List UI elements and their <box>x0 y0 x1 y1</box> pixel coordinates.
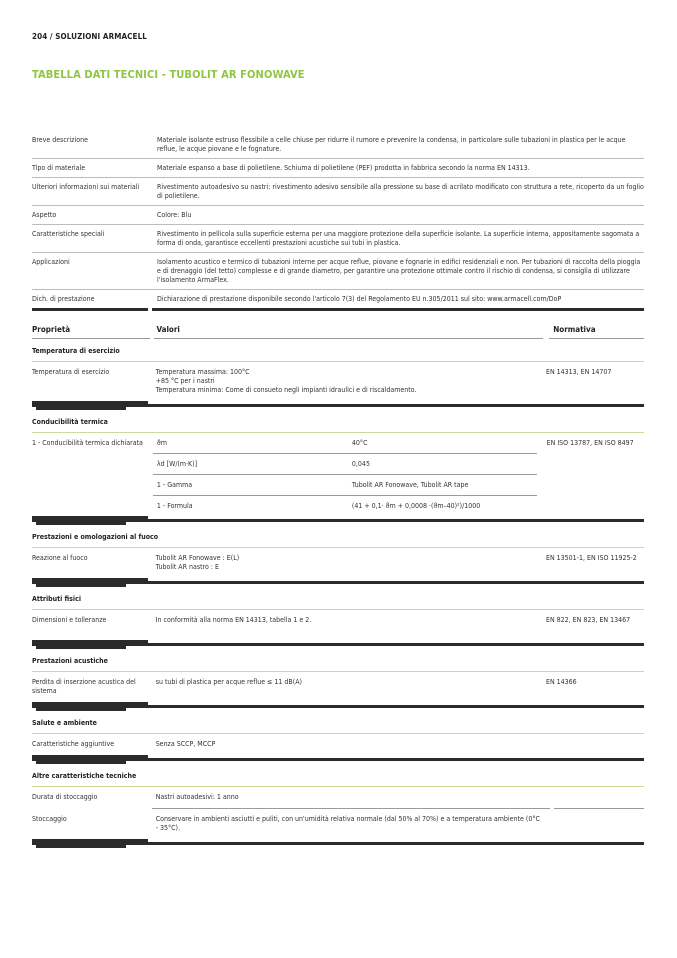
description-label: Dich. di prestazione <box>32 290 150 308</box>
row-divider <box>32 839 644 848</box>
sub-row: ϑm40°C <box>153 433 537 454</box>
value-line: Tubolit AR Fonowave : E(L) <box>156 554 542 563</box>
row-divider <box>32 640 644 649</box>
property-values: Tubolit AR Fonowave : E(L)Tubolit AR nas… <box>154 554 542 578</box>
description-row: AspettoColore: Blu <box>32 206 644 225</box>
property-values: In conformità alla norma EN 14313, tabel… <box>154 616 542 640</box>
property-name: 1 - Conducibilità termica dichiarata <box>32 433 153 516</box>
description-label: Tipo di materiale <box>32 159 150 177</box>
page-title: TABELLA DATI TECNICI - TUBOLIT AR FONOWA… <box>32 68 305 81</box>
sub-row: 1 - Formula(41 + 0,1· ϑm + 0,0008 ·(ϑm–4… <box>153 496 537 516</box>
description-value: Rivestimento autoadesivo su nastri: rive… <box>150 178 644 205</box>
description-row: Caratteristiche specialiRivestimento in … <box>32 225 644 253</box>
value-line: Conservare in ambienti asciutti e puliti… <box>156 815 542 833</box>
property-values: Conservare in ambienti asciutti e puliti… <box>154 815 542 839</box>
description-value: Rivestimento in pellicola sulla superfic… <box>150 225 644 252</box>
property-name: Dimensioni e tolleranze <box>32 616 154 640</box>
description-row: ApplicazioniIsolamento acustico e termic… <box>32 253 644 290</box>
description-value: Materiale isolante estruso flessibile a … <box>150 131 644 158</box>
property-norm: EN 14313, EN 14707 <box>542 368 644 401</box>
description-row: Dich. di prestazioneDichiarazione di pre… <box>32 290 644 308</box>
property-values: Temperatura massima: 100°C+85 °C per i n… <box>154 368 542 401</box>
header-norm: Normativa <box>549 325 644 339</box>
description-row: Tipo di materialeMateriale espanso a bas… <box>32 159 644 178</box>
value-line: In conformità alla norma EN 14313, tabel… <box>156 616 542 625</box>
value-line: Temperatura minima: Come di consueto neg… <box>156 386 542 395</box>
property-name: Perdita di inserzione acustica del siste… <box>32 678 154 702</box>
property-norm <box>542 815 644 839</box>
section-title: Prestazioni acustiche <box>32 649 644 672</box>
section-title: Salute e ambiente <box>32 711 644 734</box>
sub-key: λd [W/(m·K)] <box>157 460 352 469</box>
property-norm <box>542 740 644 755</box>
header-property: Proprietà <box>32 325 150 339</box>
property-name: Temperatura di esercizio <box>32 368 154 401</box>
row-divider <box>32 516 644 525</box>
description-label: Aspetto <box>32 206 150 224</box>
sub-key: 1 - Formula <box>157 502 352 511</box>
description-row: Breve descrizioneMateriale isolante estr… <box>32 131 644 159</box>
description-value: Dichiarazione di prestazione disponibile… <box>150 290 644 308</box>
section-title: Altre caratteristiche tecniche <box>32 764 644 787</box>
description-label: Ulteriori informazioni sui materiali <box>32 178 150 205</box>
description-label: Caratteristiche speciali <box>32 225 150 252</box>
property-name: Caratteristiche aggiuntive <box>32 740 154 755</box>
property-norm: EN 822, EN 823, EN 13467 <box>542 616 644 640</box>
description-value: Isolamento acustico e termico di tubazio… <box>150 253 644 289</box>
property-row: Perdita di inserzione acustica del siste… <box>32 672 644 702</box>
property-row: Durata di stoccaggioNastri autoadesivi: … <box>32 787 644 808</box>
description-label: Breve descrizione <box>32 131 150 158</box>
property-row: Caratteristiche aggiuntiveSenza SCCP, MC… <box>32 734 644 755</box>
property-name: Reazione al fuoco <box>32 554 154 578</box>
property-norm: EN ISO 13787, EN ISO 8497 <box>543 433 644 516</box>
sub-value: 0,045 <box>352 460 537 469</box>
value-line: Nastri autoadesivi: 1 anno <box>156 793 542 802</box>
header-values: Valori <box>154 325 543 339</box>
section-title: Attributi fisici <box>32 587 644 610</box>
property-norm: EN 14366 <box>542 678 644 702</box>
sub-value: (41 + 0,1· ϑm + 0,0008 ·(ϑm–40)²)/1000 <box>352 502 537 511</box>
page-label: 204 / SOLUZIONI ARMACELL <box>32 32 147 41</box>
value-line: +85 °C per i nastri <box>156 377 542 386</box>
property-row: Temperatura di esercizioTemperatura mass… <box>32 362 644 401</box>
row-divider <box>32 755 644 764</box>
sub-row: λd [W/(m·K)]0,045 <box>153 454 537 475</box>
property-values: Senza SCCP, MCCP <box>154 740 542 755</box>
property-values: su tubi di plastica per acque reflue ≤ 1… <box>154 678 542 702</box>
property-row: 1 - Conducibilità termica dichiarataϑm40… <box>32 433 644 516</box>
sub-key: 1 - Gamma <box>157 481 352 490</box>
description-label: Applicazioni <box>32 253 150 289</box>
property-row: StoccaggioConservare in ambienti asciutt… <box>32 809 644 839</box>
table-divider <box>32 308 644 311</box>
row-divider <box>32 401 644 410</box>
section-title: Temperatura di esercizio <box>32 339 644 362</box>
description-row: Ulteriori informazioni sui materialiRive… <box>32 178 644 206</box>
property-row: Reazione al fuocoTubolit AR Fonowave : E… <box>32 548 644 578</box>
property-values: ϑm40°Cλd [W/(m·K)]0,0451 - GammaTubolit … <box>153 433 537 516</box>
property-row: Dimensioni e tolleranzeIn conformità all… <box>32 610 644 640</box>
section-title: Prestazioni e omologazioni al fuoco <box>32 525 644 548</box>
properties-header: Proprietà Valori Normativa <box>32 325 644 339</box>
value-line: Temperatura massima: 100°C <box>156 368 542 377</box>
description-value: Colore: Blu <box>150 206 644 224</box>
property-name: Stoccaggio <box>32 815 154 839</box>
property-name: Durata di stoccaggio <box>32 793 154 808</box>
value-line: Senza SCCP, MCCP <box>156 740 542 749</box>
sub-value: 40°C <box>352 439 537 448</box>
description-value: Materiale espanso a base di polietilene.… <box>150 159 644 177</box>
properties-table: Proprietà Valori Normativa Temperatura d… <box>32 325 644 848</box>
sub-value: Tubolit AR Fonowave, Tubolit AR tape <box>352 481 537 490</box>
value-line: Tubolit AR nastro : E <box>156 563 542 572</box>
property-values: Nastri autoadesivi: 1 anno <box>154 793 542 808</box>
section-title: Conducibilità termica <box>32 410 644 433</box>
sub-row: 1 - GammaTubolit AR Fonowave, Tubolit AR… <box>153 475 537 496</box>
property-norm: EN 13501-1, EN ISO 11925-2 <box>542 554 644 578</box>
description-table: Breve descrizioneMateriale isolante estr… <box>32 131 644 311</box>
row-divider <box>32 702 644 711</box>
property-norm <box>542 793 644 808</box>
row-divider <box>32 578 644 587</box>
sub-key: ϑm <box>157 439 352 448</box>
value-line: su tubi di plastica per acque reflue ≤ 1… <box>156 678 542 687</box>
